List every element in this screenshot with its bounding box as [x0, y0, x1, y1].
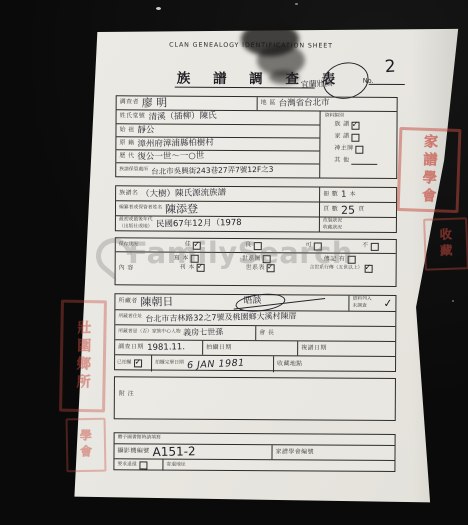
surveyor-value: 廖 明 — [142, 97, 168, 109]
blank-line — [351, 157, 377, 164]
owner-role-label: 所藏者是（否）家族中心人物 — [118, 329, 180, 335]
seal-text: 學會 — [77, 429, 95, 461]
checkbox-icon — [347, 256, 355, 264]
option-label: 神主牌 — [334, 146, 353, 153]
donation-header: 贈予圖書館時請填寫 — [118, 435, 161, 441]
material-option-ancestral-tablet: 神主牌 — [334, 145, 392, 153]
notes-label: 附 注 — [119, 390, 134, 397]
owner-address-value: 台北市吉林路32之7號及桃園鄉大溪村陳厝 — [145, 312, 296, 323]
option-label: 世系表 — [246, 265, 265, 272]
origin-value: 漳州府漳浦縣柏樹村 — [137, 139, 214, 149]
info-table: 調查者 廖 明 地 區 台灣省台北市 姓氏堂號 清溪（插柳）陳氏 — [115, 95, 397, 179]
filmed-label: 已拍攝 — [117, 360, 131, 366]
generations-label: 歷 代 — [119, 153, 134, 160]
content-group-biography: 傳記 有 含世系行傳（五世以上） ✓ — [310, 255, 373, 272]
owner-value: 陳朝日 — [141, 296, 174, 308]
material-option-clan-genealogy: 族 譜 ✓ — [334, 121, 392, 129]
checkbox-icon — [140, 461, 148, 469]
condition-table: 保存狀況 佳 ✓ 良 可 不 — [115, 237, 397, 287]
red-seal-right-small: 收藏 — [423, 217, 468, 271]
red-seal-left-tall: 壯圍鄉所 — [59, 300, 107, 413]
checkbox-icon: ✓ — [197, 264, 205, 272]
date-sublabel: （出版社或地） — [119, 224, 153, 230]
option-label: 刊 本 — [180, 264, 195, 271]
listed-label-top: 資料列入 — [352, 297, 371, 303]
film-date-label: 拍攝日期 — [206, 344, 232, 351]
first-ancestor-value: 靜公 — [138, 126, 155, 135]
listed-checkmark: ✓ — [383, 297, 393, 311]
surveyor-label: 調查者 — [120, 99, 139, 106]
material-option-other: 其 他 — [334, 157, 392, 164]
repository-label: 族譜保管處所 — [119, 167, 148, 173]
volumes-value: 1 — [341, 190, 347, 199]
preservation-label: 保存狀況 — [119, 242, 138, 248]
option-label: 傳記 有 — [324, 256, 346, 263]
checkbox-icon — [370, 242, 378, 250]
option-label: 家 譜 — [334, 134, 349, 141]
first-ancestor-label: 始 祖 — [119, 127, 134, 134]
survey-date-label: 調查日期 — [118, 344, 144, 351]
owner-label: 所藏者 — [118, 298, 137, 305]
red-seal-right-large: 家譜學會 — [397, 127, 462, 213]
owner-role-value: 義房七世孫 — [184, 328, 224, 337]
storage-label: 收藏地點 — [277, 361, 303, 368]
checkbox-icon: ✓ — [352, 121, 360, 129]
pages-label: 頁 數 — [323, 206, 338, 213]
volumes-unit: 本 — [350, 191, 356, 198]
remark-label: 改裝狀況 — [323, 218, 342, 224]
sheet-no-underline — [369, 84, 405, 85]
area-label: 地 區 — [261, 100, 276, 107]
book-title-value: （大樹）陳氏源流族譜 — [141, 189, 226, 199]
pages-unit: 頁 — [358, 206, 364, 213]
survey-date-value: 1981.11. — [147, 343, 185, 352]
donation-table: 贈予圖書館時請填寫 攝影機編號 A151-2 家譜學會編號 要求退還 — [113, 432, 395, 472]
option-label: 含世系行傳（五世以上） — [310, 266, 363, 272]
date-label: 最初或最後年代 — [119, 217, 153, 223]
title-underline — [175, 87, 315, 89]
content-group-pedigree: 世系圖 世系表 ✓ — [242, 255, 275, 272]
return-request-label: 要求退還 — [117, 462, 136, 468]
listed-label-bottom: 未調查 — [352, 304, 371, 310]
book-title-label: 族譜名 — [119, 190, 138, 197]
preservation-option-good: 佳 ✓ — [185, 241, 201, 249]
book-table: 族譜名 （大樹）陳氏源流族譜 冊 數 1 本 編纂者或保管者姓名 陳添登 頁 數… — [115, 185, 397, 233]
camera-number-value: A151-2 — [152, 445, 195, 458]
clan-name-value: 清溪（插柳）陳氏 — [148, 112, 216, 122]
seal-text: 壯圍鄉所 — [72, 320, 93, 392]
notes-box: 附 注 — [114, 376, 396, 421]
area-value: 台灣省台北市 — [279, 99, 330, 109]
preservation-option-poor: 不 — [362, 242, 378, 250]
option-label: 世系圖 — [242, 256, 261, 263]
copy-date-label: 複譜日期 — [301, 345, 327, 352]
checkbox-icon: ✓ — [134, 359, 142, 367]
scanned-document-page: CLAN GENEALOGY IDENTIFICATION SHEET 族 譜 … — [0, 0, 468, 525]
checkbox-icon: ✓ — [193, 241, 201, 249]
date-value: 民國67年12月（1978 — [155, 219, 241, 229]
option-label: 其 他 — [334, 157, 349, 164]
owner-address-label: 所藏者住址 — [118, 314, 142, 320]
origin-label: 原 籍 — [119, 140, 134, 147]
film-done-date: 6 JAN 1981 — [187, 357, 245, 371]
repository-value: 台北市吳興街243巷27弄7號12F之3 — [151, 165, 273, 175]
camera-number-label: 攝影機編號 — [118, 448, 150, 455]
option-label: 寫 本 — [174, 255, 189, 262]
compiler-label: 編纂者或保管者姓名 — [119, 205, 162, 211]
checkbox-icon: ✓ — [364, 265, 372, 273]
checkbox-icon — [352, 133, 360, 141]
society-number-label: 家譜學會編號 — [275, 449, 313, 456]
checkbox-icon — [314, 242, 322, 250]
content-group-manuscript: 寫 本 刊 本 ✓ — [174, 255, 205, 272]
remark-sublabel: 收藏狀況 — [323, 225, 342, 231]
volumes-label: 冊 數 — [323, 191, 338, 198]
option-label: 可 — [306, 242, 312, 249]
return-address-label: 寄還地址 — [166, 462, 185, 468]
option-label: 族 譜 — [334, 122, 349, 129]
content-label: 內 容 — [119, 265, 134, 272]
chairman-label: 會 長 — [259, 330, 274, 337]
compiler-value: 陳添登 — [165, 203, 198, 215]
option-label: 不 — [362, 243, 368, 250]
seal-text: 收藏 — [437, 228, 455, 261]
checkbox-icon — [254, 242, 262, 250]
checkbox-icon — [356, 145, 364, 153]
material-option-family-genealogy: 家 譜 — [334, 133, 392, 141]
owner-table: 所藏者 陳朝日 晤談 資料列入 未調查 ✓ 所藏者住址 台北市吉 — [114, 293, 396, 372]
checkbox-icon: ✓ — [267, 264, 275, 272]
preservation-option-fair: 可 — [306, 242, 322, 250]
film-done-label: 拍攝完畢日期 — [155, 361, 184, 367]
sheet-no-value: 2 — [384, 59, 396, 77]
seal-text: 家譜學會 — [418, 134, 441, 207]
pages-value: 25 — [341, 204, 355, 215]
red-seal-left-small: 學會 — [66, 418, 107, 473]
clan-name-label: 姓氏堂號 — [120, 113, 146, 120]
generations-value: 復公一世～一○世 — [137, 152, 204, 162]
option-label: 良 — [245, 242, 251, 249]
material-type-label: 資料類別 — [325, 114, 393, 120]
option-label: 佳 — [185, 242, 191, 249]
preservation-option-fine: 良 — [245, 242, 261, 250]
